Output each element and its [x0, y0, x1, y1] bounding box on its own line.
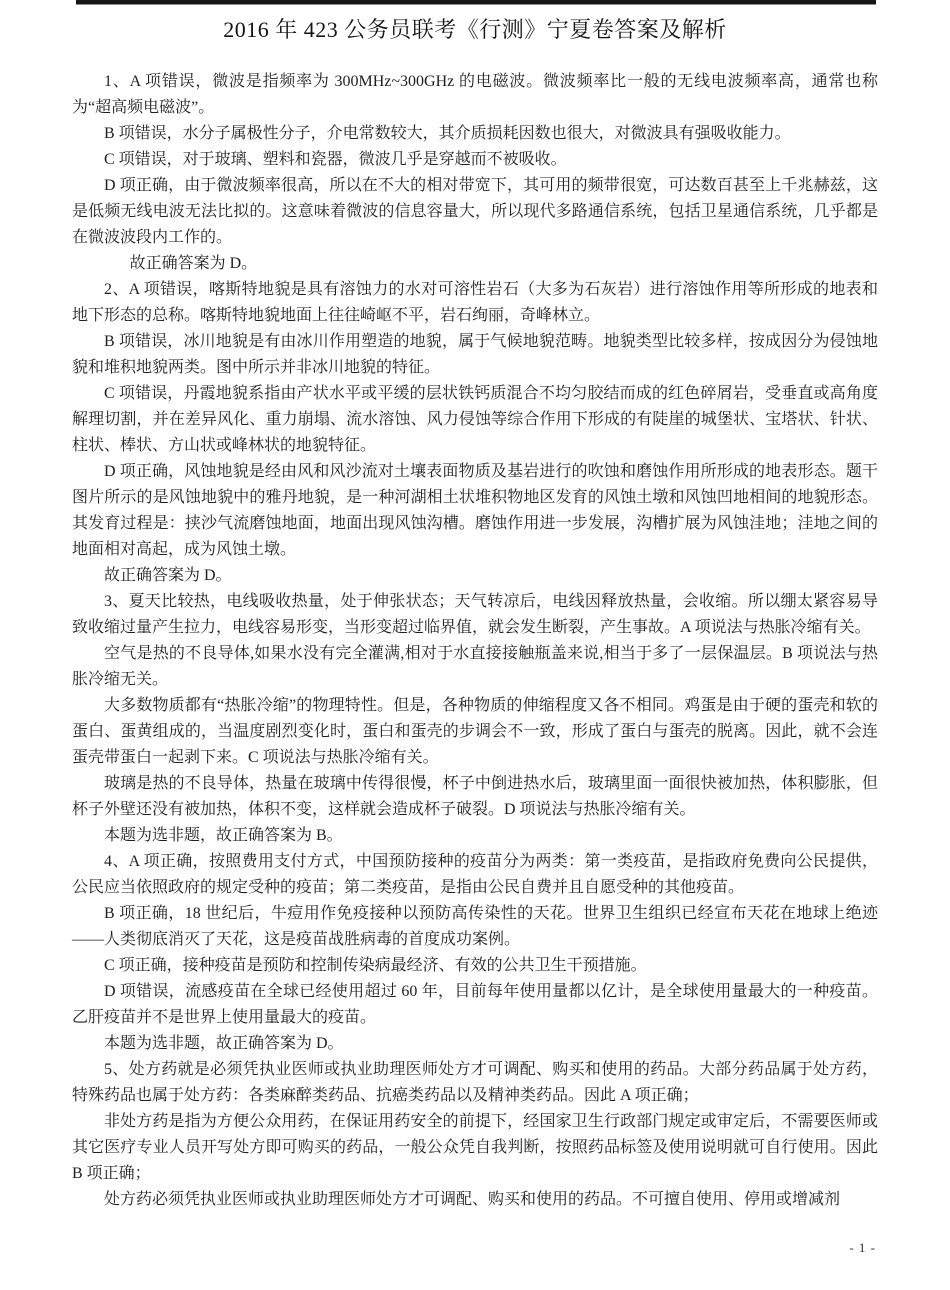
paragraph: 1、A 项错误，微波是指频率为 300MHz~300GHz 的电磁波。微波频率比… — [72, 69, 878, 121]
paragraph: D 项错误，流感疫苗在全球已经使用超过 60 年，目前每年使用量都以亿计，是全球… — [72, 979, 878, 1031]
answer-line: 本题为选非题，故正确答案为 D。 — [72, 1031, 878, 1057]
paragraph: 玻璃是热的不良导体，热量在玻璃中传得很慢，杯子中倒进热水后，玻璃里面一面很快被加… — [72, 771, 878, 823]
paragraph: 处方药必须凭执业医师或执业助理医师处方才可调配、购买和使用的药品。不可擅自使用、… — [72, 1187, 878, 1213]
page-title: 2016 年 423 公务员联考《行测》宁夏卷答案及解析 — [0, 0, 950, 45]
page-number: - 1 - — [849, 1240, 876, 1256]
paragraph: 2、A 项错误，喀斯特地貌是具有溶蚀力的水对可溶性岩石（大多为石灰岩）进行溶蚀作… — [72, 277, 878, 329]
paragraph: C 项错误，丹霞地貌系指由产状水平或平缓的层状铁钙质混合不均匀胶结而成的红色碎屑… — [72, 381, 878, 459]
paragraph: D 项正确，由于微波频率很高，所以在不大的相对带宽下，其可用的频带很宽，可达数百… — [72, 173, 878, 251]
document-body: 1、A 项错误，微波是指频率为 300MHz~300GHz 的电磁波。微波频率比… — [72, 69, 878, 1213]
paragraph: B 项错误，冰川地貌是有由冰川作用塑造的地貌，属于气候地貌范畴。地貌类型比较多样… — [72, 329, 878, 381]
paragraph: B 项错误，水分子属极性分子，介电常数较大，其介质损耗因数也很大，对微波具有强吸… — [72, 121, 878, 147]
paragraph: 非处方药是指为方便公众用药，在保证用药安全的前提下，经国家卫生行政部门规定或审定… — [72, 1109, 878, 1187]
paragraph: B 项正确，18 世纪后，牛痘用作免疫接种以预防高传染性的天花。世界卫生组织已经… — [72, 901, 878, 953]
paragraph: 5、处方药就是必须凭执业医师或执业助理医师处方才可调配、购买和使用的药品。大部分… — [72, 1057, 878, 1109]
document-page: 2016 年 423 公务员联考《行测》宁夏卷答案及解析 1、A 项错误，微波是… — [0, 0, 950, 1290]
paragraph: C 项正确，接种疫苗是预防和控制传染病最经济、有效的公共卫生干预措施。 — [72, 953, 878, 979]
paragraph: 空气是热的不良导体,如果水没有完全灌满,相对于水直接接触瓶盖来说,相当于多了一层… — [72, 641, 878, 693]
paragraph: 3、夏天比较热，电线吸收热量，处于伸张状态；天气转凉后，电线因释放热量，会收缩。… — [72, 589, 878, 641]
paragraph: C 项错误，对于玻璃、塑料和瓷器，微波几乎是穿越而不被吸收。 — [72, 147, 878, 173]
answer-line: 故正确答案为 D。 — [72, 251, 878, 277]
paragraph: 大多数物质都有“热胀冷缩”的物理特性。但是，各种物质的伸缩程度又各不相同。鸡蛋是… — [72, 693, 878, 771]
answer-line: 本题为选非题，故正确答案为 B。 — [72, 823, 878, 849]
paragraph: 4、A 项正确，按照费用支付方式，中国预防接种的疫苗分为两类：第一类疫苗，是指政… — [72, 849, 878, 901]
paragraph: D 项正确，风蚀地貌是经由风和风沙流对土壤表面物质及基岩进行的吹蚀和磨蚀作用所形… — [72, 459, 878, 563]
header-rule — [76, 0, 876, 5]
answer-line: 故正确答案为 D。 — [72, 563, 878, 589]
